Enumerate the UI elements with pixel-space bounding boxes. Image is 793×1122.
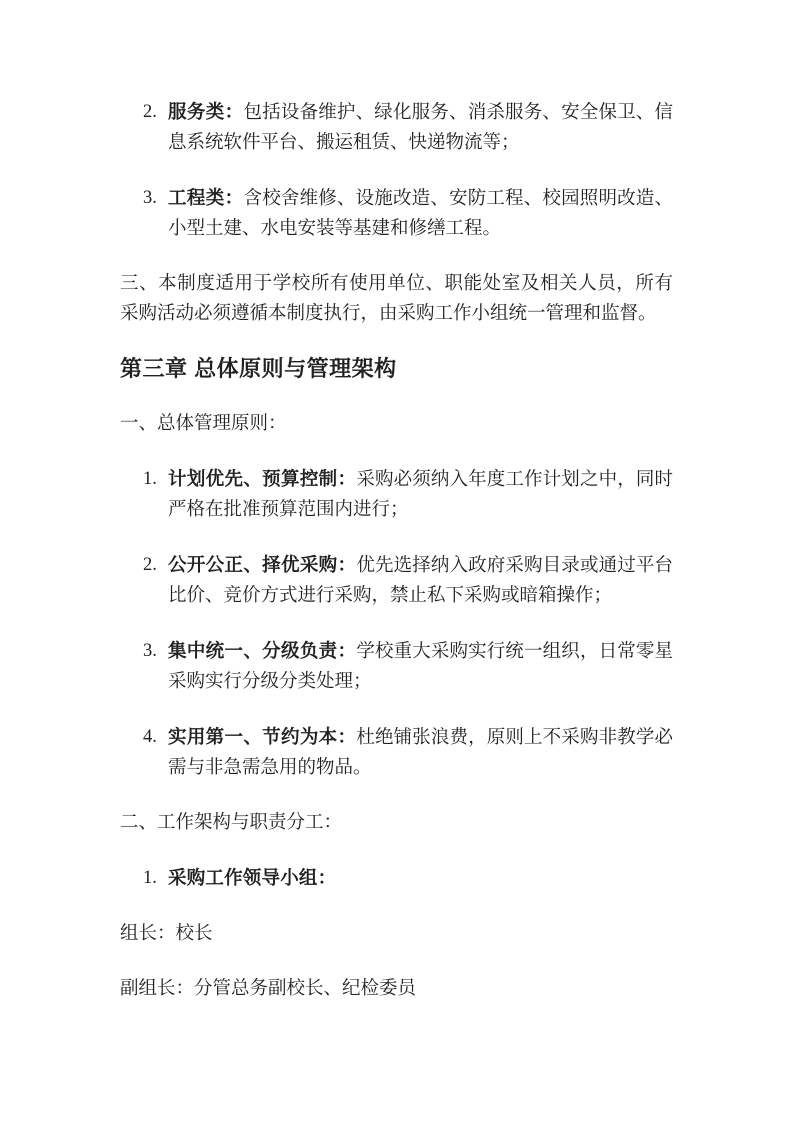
- list-item-label: 采购工作领导小组：: [168, 867, 336, 888]
- scope-paragraph: 三、本制度适用于学校所有使用单位、职能处室及相关人员，所有采购活动必须遵循本制度…: [120, 269, 673, 329]
- principle-list-item-2: 2. 公开公正、择优采购：优先选择纳入政府采购目录或通过平台比价、竞价方式进行采…: [120, 550, 673, 611]
- role-line-deputy: 副组长：分管总务副校长、纪检委员: [120, 974, 673, 1004]
- list-item-number: 1.: [143, 863, 168, 894]
- chapter-heading: 第三章 总体原则与管理架构: [120, 354, 673, 384]
- list-item-body: 公开公正、择优采购：优先选择纳入政府采购目录或通过平台比价、竞价方式进行采购，禁…: [168, 550, 673, 611]
- list-item-label: 计划优先、预算控制：: [168, 468, 356, 489]
- role-line-leader: 组长：校长: [120, 919, 673, 949]
- list-item-body: 服务类：包括设备维护、绿化服务、消杀服务、安全保卫、信息系统软件平台、搬运租赁、…: [168, 97, 673, 158]
- list-item-number: 2.: [143, 97, 168, 158]
- section-one-heading: 一、总体管理原则：: [120, 409, 673, 439]
- category-list-item-services: 2. 服务类：包括设备维护、绿化服务、消杀服务、安全保卫、信息系统软件平台、搬运…: [120, 97, 673, 158]
- list-item-label: 集中统一、分级负责：: [168, 640, 356, 661]
- list-item-body: 工程类：含校舍维修、设施改造、安防工程、校园照明改造、小型土建、水电安装等基建和…: [168, 183, 673, 244]
- list-item-body: 实用第一、节约为本：杜绝铺张浪费，原则上不采购非教学必需与非急需急用的物品。: [168, 722, 673, 783]
- list-item-text: 包括设备维护、绿化服务、消杀服务、安全保卫、信息系统软件平台、搬运租赁、快递物流…: [168, 103, 673, 153]
- list-item-label: 公开公正、择优采购：: [168, 554, 356, 575]
- principle-list-item-4: 4. 实用第一、节约为本：杜绝铺张浪费，原则上不采购非教学必需与非急需急用的物品…: [120, 722, 673, 783]
- list-item-label: 工程类：: [168, 187, 244, 208]
- list-item-body: 集中统一、分级负责：学校重大采购实行统一组织，日常零星采购实行分级分类处理；: [168, 636, 673, 697]
- list-item-body: 计划优先、预算控制：采购必须纳入年度工作计划之中，同时严格在批准预算范围内进行；: [168, 464, 673, 525]
- principle-list-item-3: 3. 集中统一、分级负责：学校重大采购实行统一组织，日常零星采购实行分级分类处理…: [120, 636, 673, 697]
- list-item-body: 采购工作领导小组：: [168, 863, 673, 894]
- list-item-number: 3.: [143, 183, 168, 244]
- principle-list-item-1: 1. 计划优先、预算控制：采购必须纳入年度工作计划之中，同时严格在批准预算范围内…: [120, 464, 673, 525]
- section-two-heading: 二、工作架构与职责分工：: [120, 808, 673, 838]
- category-list-item-engineering: 3. 工程类：含校舍维修、设施改造、安防工程、校园照明改造、小型土建、水电安装等…: [120, 183, 673, 244]
- list-item-label: 服务类：: [168, 101, 244, 122]
- list-item-number: 4.: [143, 722, 168, 783]
- list-item-number: 2.: [143, 550, 168, 611]
- list-item-label: 实用第一、节约为本：: [168, 726, 356, 747]
- list-item-text: 含校舍维修、设施改造、安防工程、校园照明改造、小型土建、水电安装等基建和修缮工程…: [168, 189, 673, 239]
- document-page: 2. 服务类：包括设备维护、绿化服务、消杀服务、安全保卫、信息系统软件平台、搬运…: [0, 0, 793, 1122]
- leadership-group-item: 1. 采购工作领导小组：: [120, 863, 673, 894]
- list-item-number: 3.: [143, 636, 168, 697]
- list-item-number: 1.: [143, 464, 168, 525]
